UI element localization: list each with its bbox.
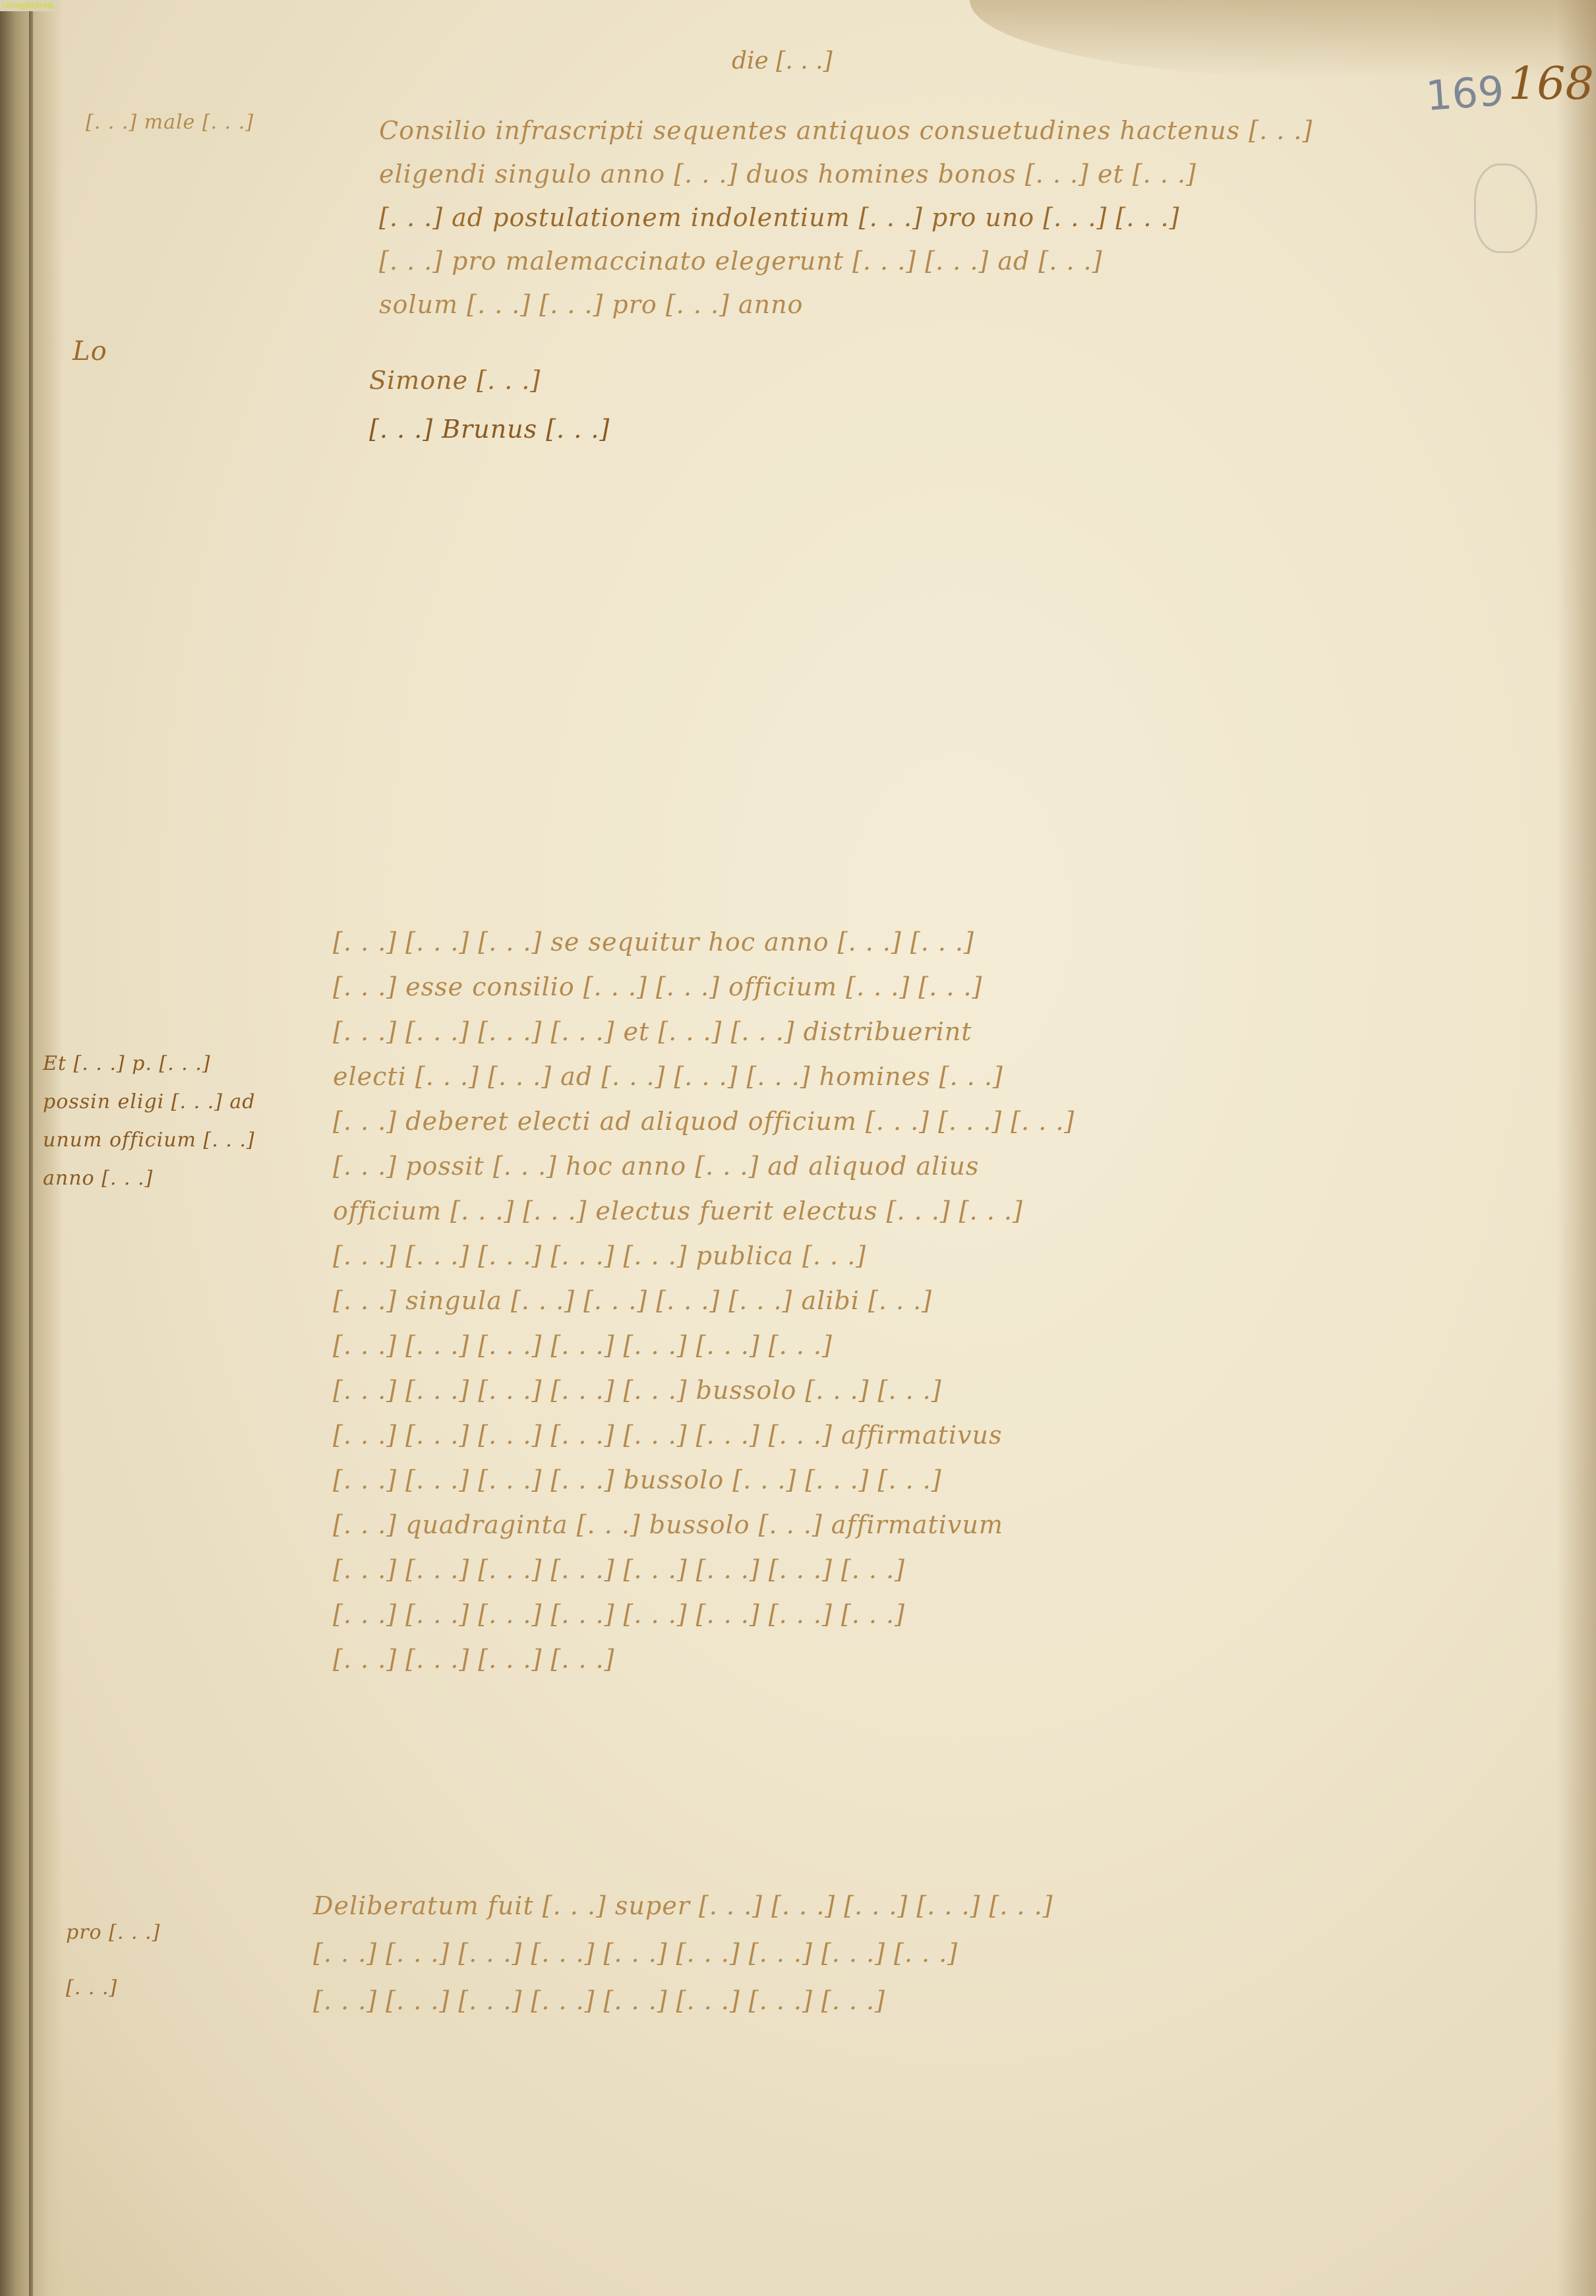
folio-number-pencil: 169	[1425, 67, 1506, 120]
page-edge-shadow	[1556, 0, 1596, 2296]
text-line: [. . .] [. . .] [. . .] se sequitur hoc …	[333, 920, 1075, 964]
text-line: [. . .] [. . .] [. . .] [. . .] [. . .] …	[333, 1323, 1075, 1368]
text-line: [. . .] singula [. . .] [. . .] [. . .] …	[333, 1278, 1075, 1323]
folio-number-ink: 168	[1508, 58, 1594, 110]
entry-3-text: Deliberatum fuit [. . .] super [. . .] […	[313, 1882, 1053, 2024]
text-line: [. . .] possit [. . .] hoc anno [. . .] …	[333, 1144, 1075, 1189]
viewer-watermark: Unregistered.	[0, 0, 57, 11]
margin-note-line: Et [. . .] p. [. . .]	[43, 1045, 256, 1083]
text-line: [. . .] [. . .] [. . .] [. . .] [. . .] …	[333, 1413, 1075, 1457]
margin-note-line: unum officium [. . .]	[43, 1121, 256, 1160]
entry-1-text: Consilio infrascripti sequentes antiquos…	[379, 109, 1313, 326]
text-line: electi [. . .] [. . .] ad [. . .] [. . .…	[333, 1054, 1075, 1099]
name-line: [. . .] Brunus [. . .]	[369, 405, 610, 454]
text-line: [. . .] [. . .] [. . .] [. . .] [. . .] …	[333, 1233, 1075, 1278]
margin-note: [. . .] male [. . .]	[86, 111, 254, 134]
text-line: [. . .] [. . .] [. . .] [. . .]	[333, 1637, 1075, 1682]
entry-2-text: [. . .] [. . .] [. . .] se sequitur hoc …	[333, 920, 1075, 1682]
text-line: Deliberatum fuit [. . .] super [. . .] […	[313, 1882, 1053, 1929]
text-line: [. . .] [. . .] [. . .] [. . .] [. . .] …	[333, 1547, 1075, 1592]
text-line: [. . .] ad postulationem indolentium [. …	[379, 196, 1313, 239]
margin-note-line: anno [. . .]	[43, 1160, 256, 1198]
text-line: eligendi singulo anno [. . .] duos homin…	[379, 152, 1313, 196]
page-heading: die [. . .]	[732, 47, 833, 74]
text-line: [. . .] deberet electi ad aliquod offici…	[333, 1099, 1075, 1144]
text-line: [. . .] quadraginta [. . .] bussolo [. .…	[333, 1502, 1075, 1547]
margin-mark: Lo	[73, 336, 107, 367]
margin-note-line: possin eligi [. . .] ad	[43, 1083, 256, 1121]
entry-2-margin-note: Et [. . .] p. [. . .] possin eligi [. . …	[43, 1045, 256, 1198]
paper-blemish	[1474, 163, 1537, 253]
binding-edge	[29, 0, 33, 2296]
text-line: [. . .] [. . .] [. . .] [. . .] [. . .] …	[313, 1977, 1053, 2024]
text-line: solum [. . .] [. . .] pro [. . .] anno	[379, 283, 1313, 326]
text-line: [. . .] [. . .] [. . .] [. . .] et [. . …	[333, 1009, 1075, 1054]
margin-note-line: pro [. . .]	[66, 1905, 160, 1960]
text-line: [. . .] [. . .] [. . .] [. . .] [. . .] …	[333, 1592, 1075, 1637]
name-line: Simone [. . .]	[369, 356, 610, 405]
entry-1-names: Simone [. . .] [. . .] Brunus [. . .]	[369, 356, 610, 454]
text-line: [. . .] [. . .] [. . .] [. . .] bussolo …	[333, 1457, 1075, 1502]
text-line: officium [. . .] [. . .] electus fuerit …	[333, 1189, 1075, 1233]
text-line: [. . .] [. . .] [. . .] [. . .] [. . .] …	[313, 1929, 1053, 1977]
text-line: [. . .] [. . .] [. . .] [. . .] [. . .] …	[333, 1368, 1075, 1413]
text-line: [. . .] esse consilio [. . .] [. . .] of…	[333, 964, 1075, 1009]
text-line: [. . .] pro malemaccinato elegerunt [. .…	[379, 239, 1313, 283]
text-line: Consilio infrascripti sequentes antiquos…	[379, 109, 1313, 152]
manuscript-page: Unregistered. die [. . .] 169 168 [. . .…	[0, 0, 1596, 2296]
entry-3-margin-note: pro [. . .] [. . .]	[66, 1905, 160, 2016]
margin-note-line: [. . .]	[66, 1960, 160, 2016]
